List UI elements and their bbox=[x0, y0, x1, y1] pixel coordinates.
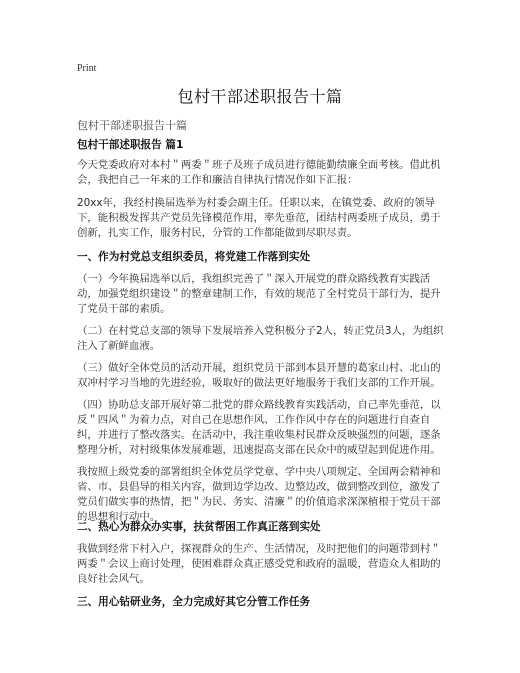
heading-1: 一、作为村党总支组织委员，将党建工作落到实处 bbox=[77, 250, 449, 265]
heading-3: 三、用心钻研业务，全力完成好其它分管工作任务 bbox=[77, 595, 449, 610]
paragraph-item-4: （四）协助总支部开展好第二批党的群众路线教育实践活动，自己率先垂范，以反＂四风＂… bbox=[77, 398, 449, 458]
paragraph-poverty: 我做到经常下村入户，探视群众的生产、生活情况，及时把他们的问题带到村＂两委＂会议… bbox=[77, 542, 449, 587]
print-link[interactable]: Print bbox=[77, 63, 96, 74]
paragraph-item-3: （三）做好全体党员的活动开展，组织党员干部到本县开慧的葛家山村、北山的双冲村学习… bbox=[77, 361, 449, 391]
paragraph-intro: 今天党委政府对本村＂两委＂班子及班子成员进行德能勤绩廉全面考核。借此机会，我把自… bbox=[77, 158, 449, 188]
paragraph-item-1: （一）今年换届选举以后，我组织完善了＂深入开展党的群众路线教育实践活动，加强党组… bbox=[77, 272, 449, 317]
subtitle: 包村干部述职报告十篇 bbox=[77, 117, 187, 133]
paragraph-item-2: （二）在村党总支部的领导下发展培养入党积极分子2人，转正党员3人，为组织注入了新… bbox=[77, 324, 449, 354]
paragraph-background: 20xx年，我经村换届选举为村委会副主任。任职以来，在镇党委、政府的领导下，能积… bbox=[77, 196, 449, 241]
paragraph-study: 我按照上级党委的部署组织全体党员学党章、学中央八项规定、全国两会精神和省、市、县… bbox=[77, 465, 449, 525]
page-title: 包村干部述职报告十篇 bbox=[0, 84, 520, 107]
section-title: 包村干部述职报告 篇1 bbox=[77, 138, 449, 153]
heading-2: 二、热心为群众办实事，扶贫帮困工作真正落到实处 bbox=[77, 520, 449, 535]
